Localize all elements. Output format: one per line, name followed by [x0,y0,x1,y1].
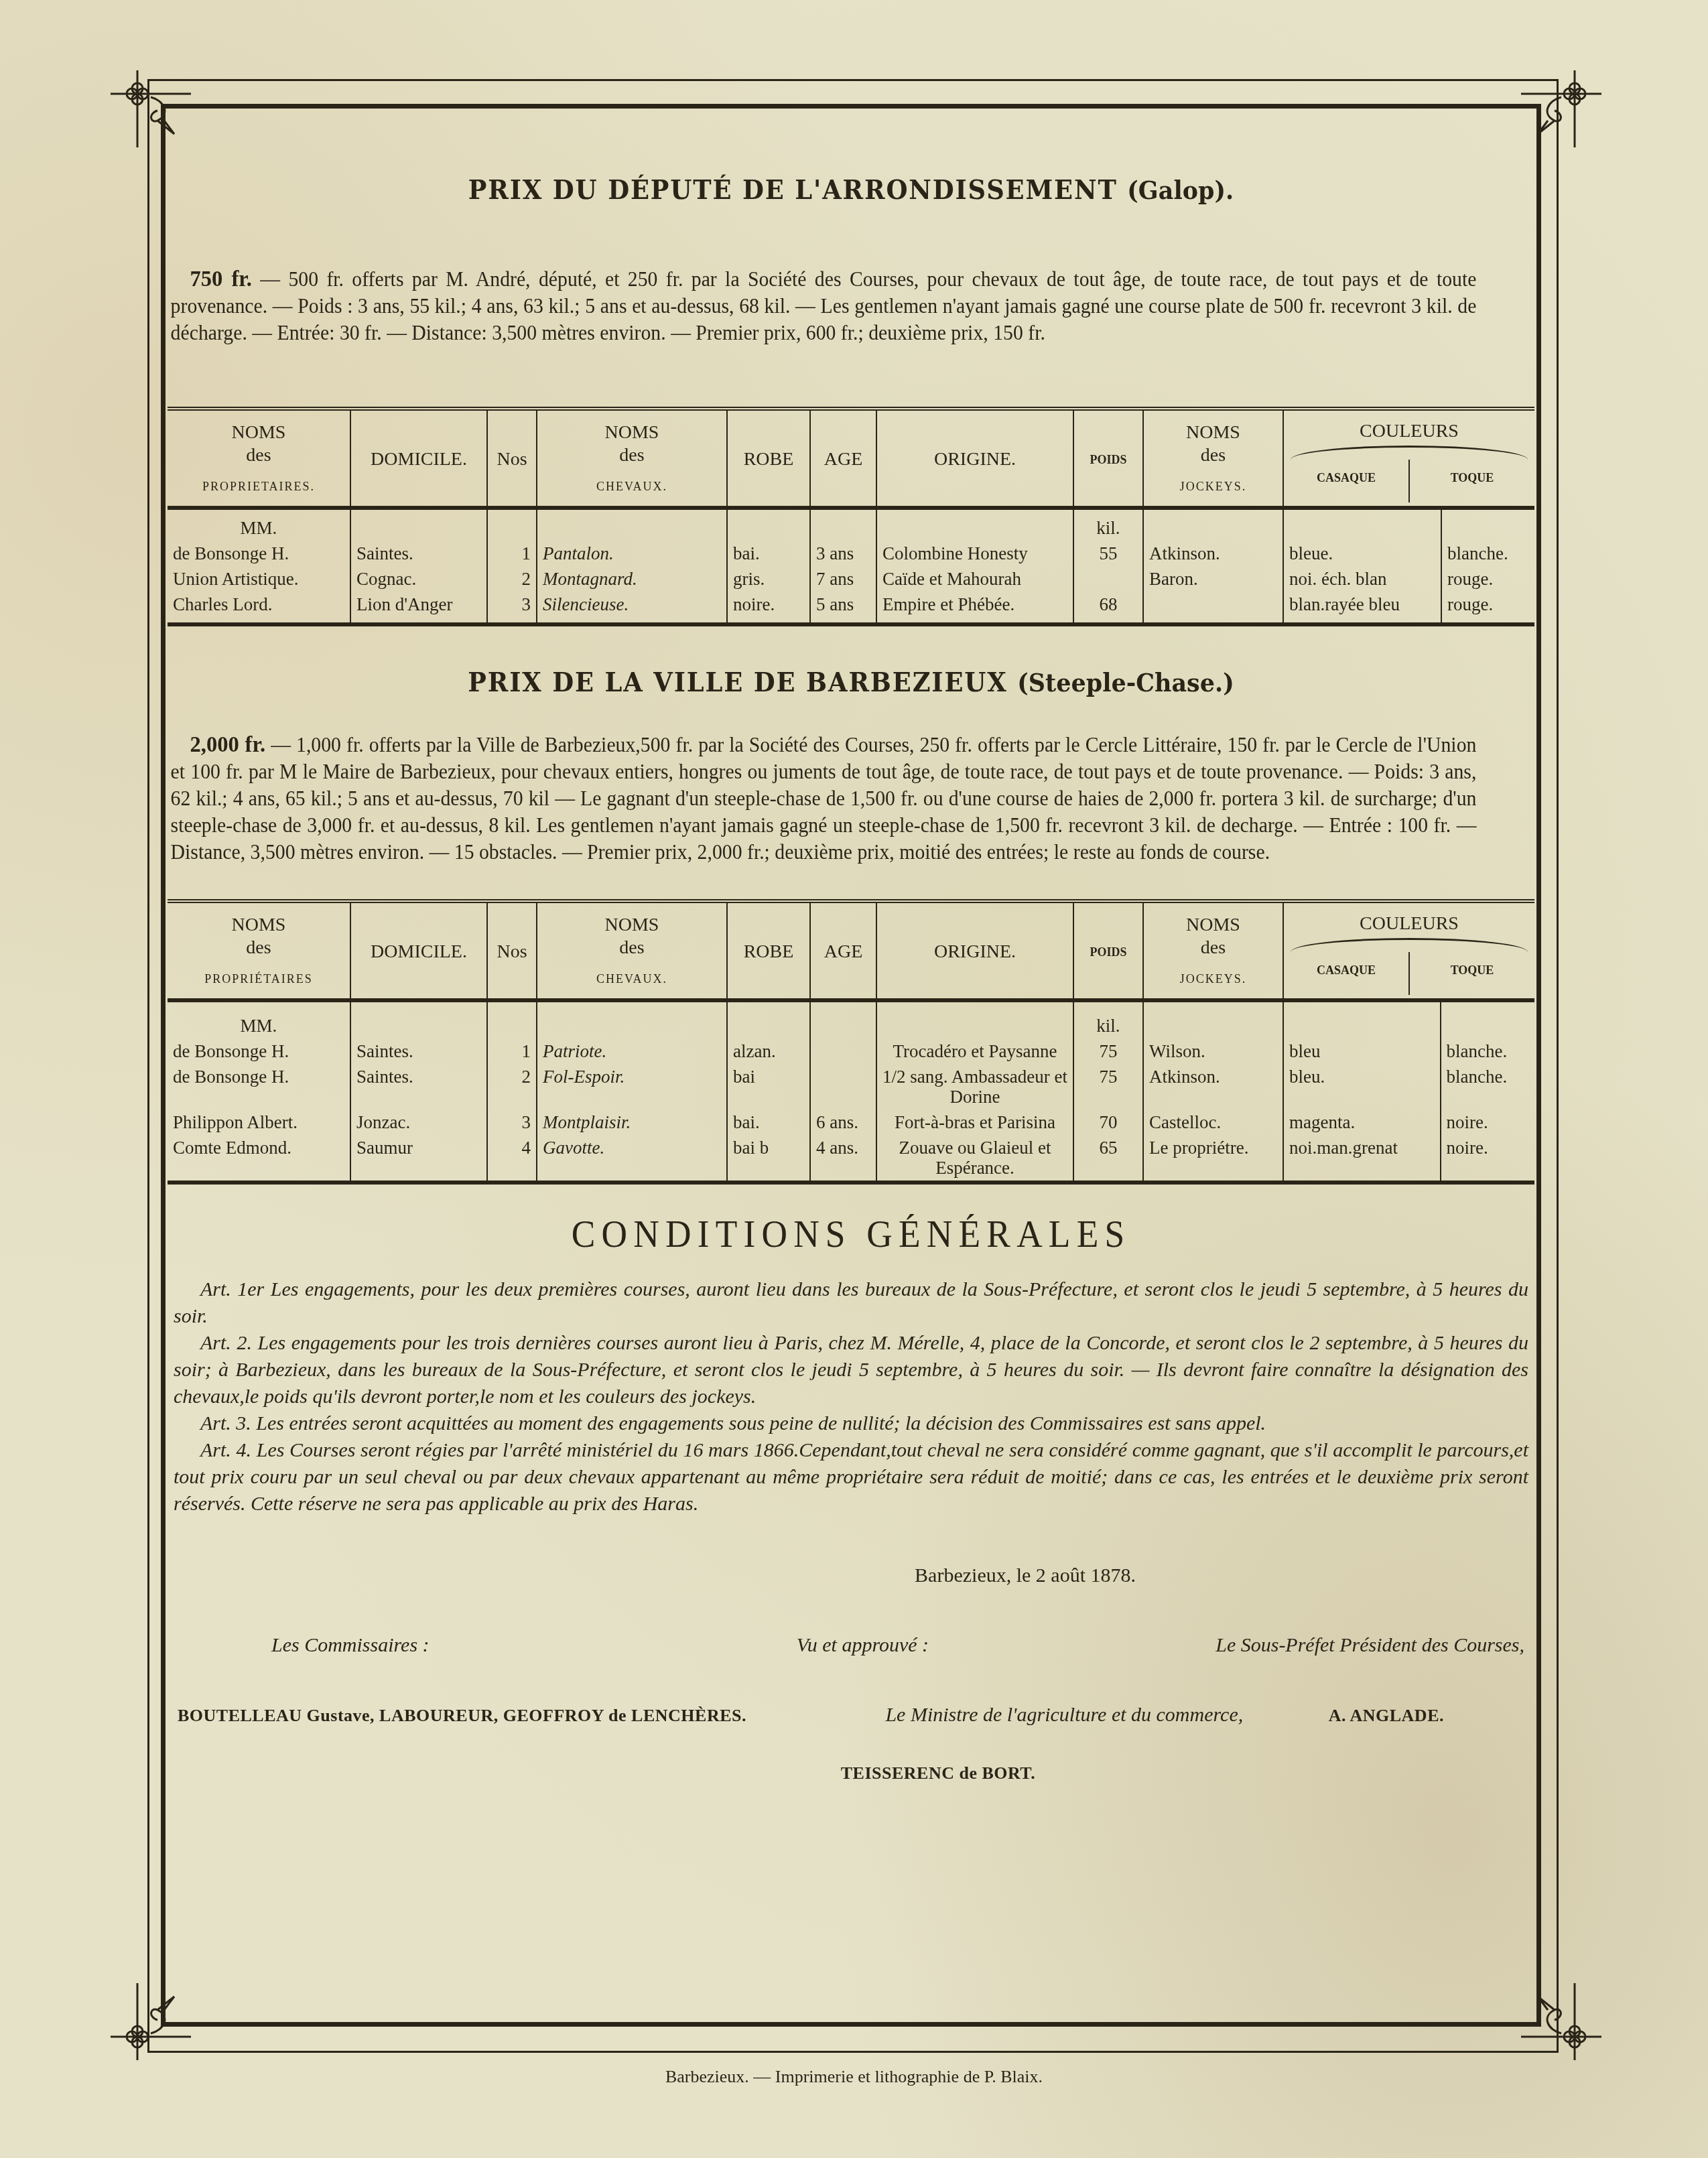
col-age: AGE [810,901,876,1000]
col-jockeys: NOMS des JOCKEYS. [1143,901,1283,1000]
col-origine: ORIGINE. [876,409,1073,508]
corner-ornament-icon [1521,1983,1601,2064]
conditions-title: CONDITIONS GÉNÉRALES [219,1211,1483,1256]
poster-content: PRIX DU DÉPUTÉ DE L'ARRONDISSEMENT (Galo… [164,107,1538,1783]
col-couleurs: COULEURS CASAQUE TOQUE [1283,409,1534,508]
entries-table: NOMS des PROPRIETAIRES. DOMICILE. Nos NO… [168,407,1534,626]
col-proprietaires: NOMS des PROPRIETAIRES. [168,409,350,508]
col-robe: ROBE [727,901,810,1000]
col-domicile: DOMICILE. [350,409,487,508]
col-chevaux: NOMS des CHEVAUX. [537,409,727,508]
table-row: Union Artistique. Cognac. 2 Montagnard. … [168,566,1534,592]
table-row: de Bonsonge H. Saintes. 2 Fol-Espoir. ba… [168,1064,1534,1109]
table-row: Comte Edmond. Saumur 4 Gavotte. bai b 4 … [168,1135,1534,1183]
article-2: Art. 2. Les engagements pour les trois d… [174,1330,1528,1410]
article-1: Art. 1er Les engagements, pour les deux … [174,1276,1528,1330]
col-age: AGE [810,409,876,508]
table-prefix-row: MM. kil. [168,508,1534,541]
ministre-label: Le Ministre de l'agriculture et du comme… [885,1704,1243,1727]
race-section-depute: PRIX DU DÉPUTÉ DE L'ARRONDISSEMENT (Galo… [164,174,1538,626]
brace-icon [1291,446,1528,460]
approved-label: Vu et approuvé : [797,1634,929,1657]
commissaires-names: BOUTELLEAU Gustave, LABOUREUR, GEOFFROY … [178,1706,746,1726]
president-name: A. ANGLADE. [1329,1706,1444,1726]
brace-icon [1291,938,1528,952]
col-proprietaires: NOMS des PROPRIÉTAIRES [168,901,350,1000]
col-jockeys: NOMS des JOCKEYS. [1143,409,1283,508]
col-couleurs: COULEURS CASAQUE TOQUE [1283,901,1534,1000]
printer-imprint: Barbezieux. — Imprimerie et lithographie… [0,2067,1708,2087]
table-row: de Bonsonge H. Saintes. 1 Patriote. alza… [168,1038,1534,1064]
col-chevaux: NOMS des CHEVAUX. [537,901,727,1000]
table-prefix-row: MM. kil. [168,1000,1534,1038]
race-conditions-text: 2,000 fr. — 1,000 fr. offerts par la Vil… [164,732,1483,866]
race-title: PRIX DU DÉPUTÉ DE L'ARRONDISSEMENT (Galo… [219,174,1483,206]
col-domicile: DOMICILE. [350,901,487,1000]
col-numero: Nos [487,409,537,508]
conditions-articles: Art. 1er Les engagements, pour les deux … [164,1276,1538,1518]
general-conditions: CONDITIONS GÉNÉRALES Art. 1er Les engage… [164,1211,1538,1587]
col-numero: Nos [487,901,537,1000]
race-title: PRIX DE LA VILLE DE BARBEZIEUX (Steeple-… [219,667,1483,698]
place-date: Barbezieux, le 2 août 1878. [164,1564,1538,1587]
president-label: Le Sous-Préfet Président des Courses, [1216,1634,1524,1657]
corner-ornament-icon [111,1983,191,2064]
table-row: Philippon Albert. Jonzac. 3 Montplaisir.… [168,1109,1534,1135]
col-poids: POIDS [1073,409,1143,508]
race-section-barbezieux: PRIX DE LA VILLE DE BARBEZIEUX (Steeple-… [164,667,1538,1185]
entries-table: NOMS des PROPRIÉTAIRES DOMICILE. Nos NOM… [168,899,1534,1185]
commissaires-label: Les Commissaires : [271,1634,430,1657]
col-poids: POIDS [1073,901,1143,1000]
table-row: Charles Lord. Lion d'Anger 3 Silencieuse… [168,592,1534,624]
article-4: Art. 4. Les Courses seront régies par l'… [174,1437,1528,1518]
ministre-name: TEISSERENC de BORT. [178,1763,1524,1783]
prize-amount: 2,000 fr. [190,732,265,757]
race-conditions-text: 750 fr. — 500 fr. offerts par M. André, … [164,266,1483,346]
col-robe: ROBE [727,409,810,508]
signatures: Les Commissaires : Vu et approuvé : Le S… [164,1634,1538,1783]
prize-amount: 750 fr. [190,267,252,291]
col-origine: ORIGINE. [876,901,1073,1000]
table-row: de Bonsonge H. Saintes. 1 Pantalon. bai.… [168,541,1534,566]
article-3: Art. 3. Les entrées seront acquittées au… [174,1410,1528,1437]
